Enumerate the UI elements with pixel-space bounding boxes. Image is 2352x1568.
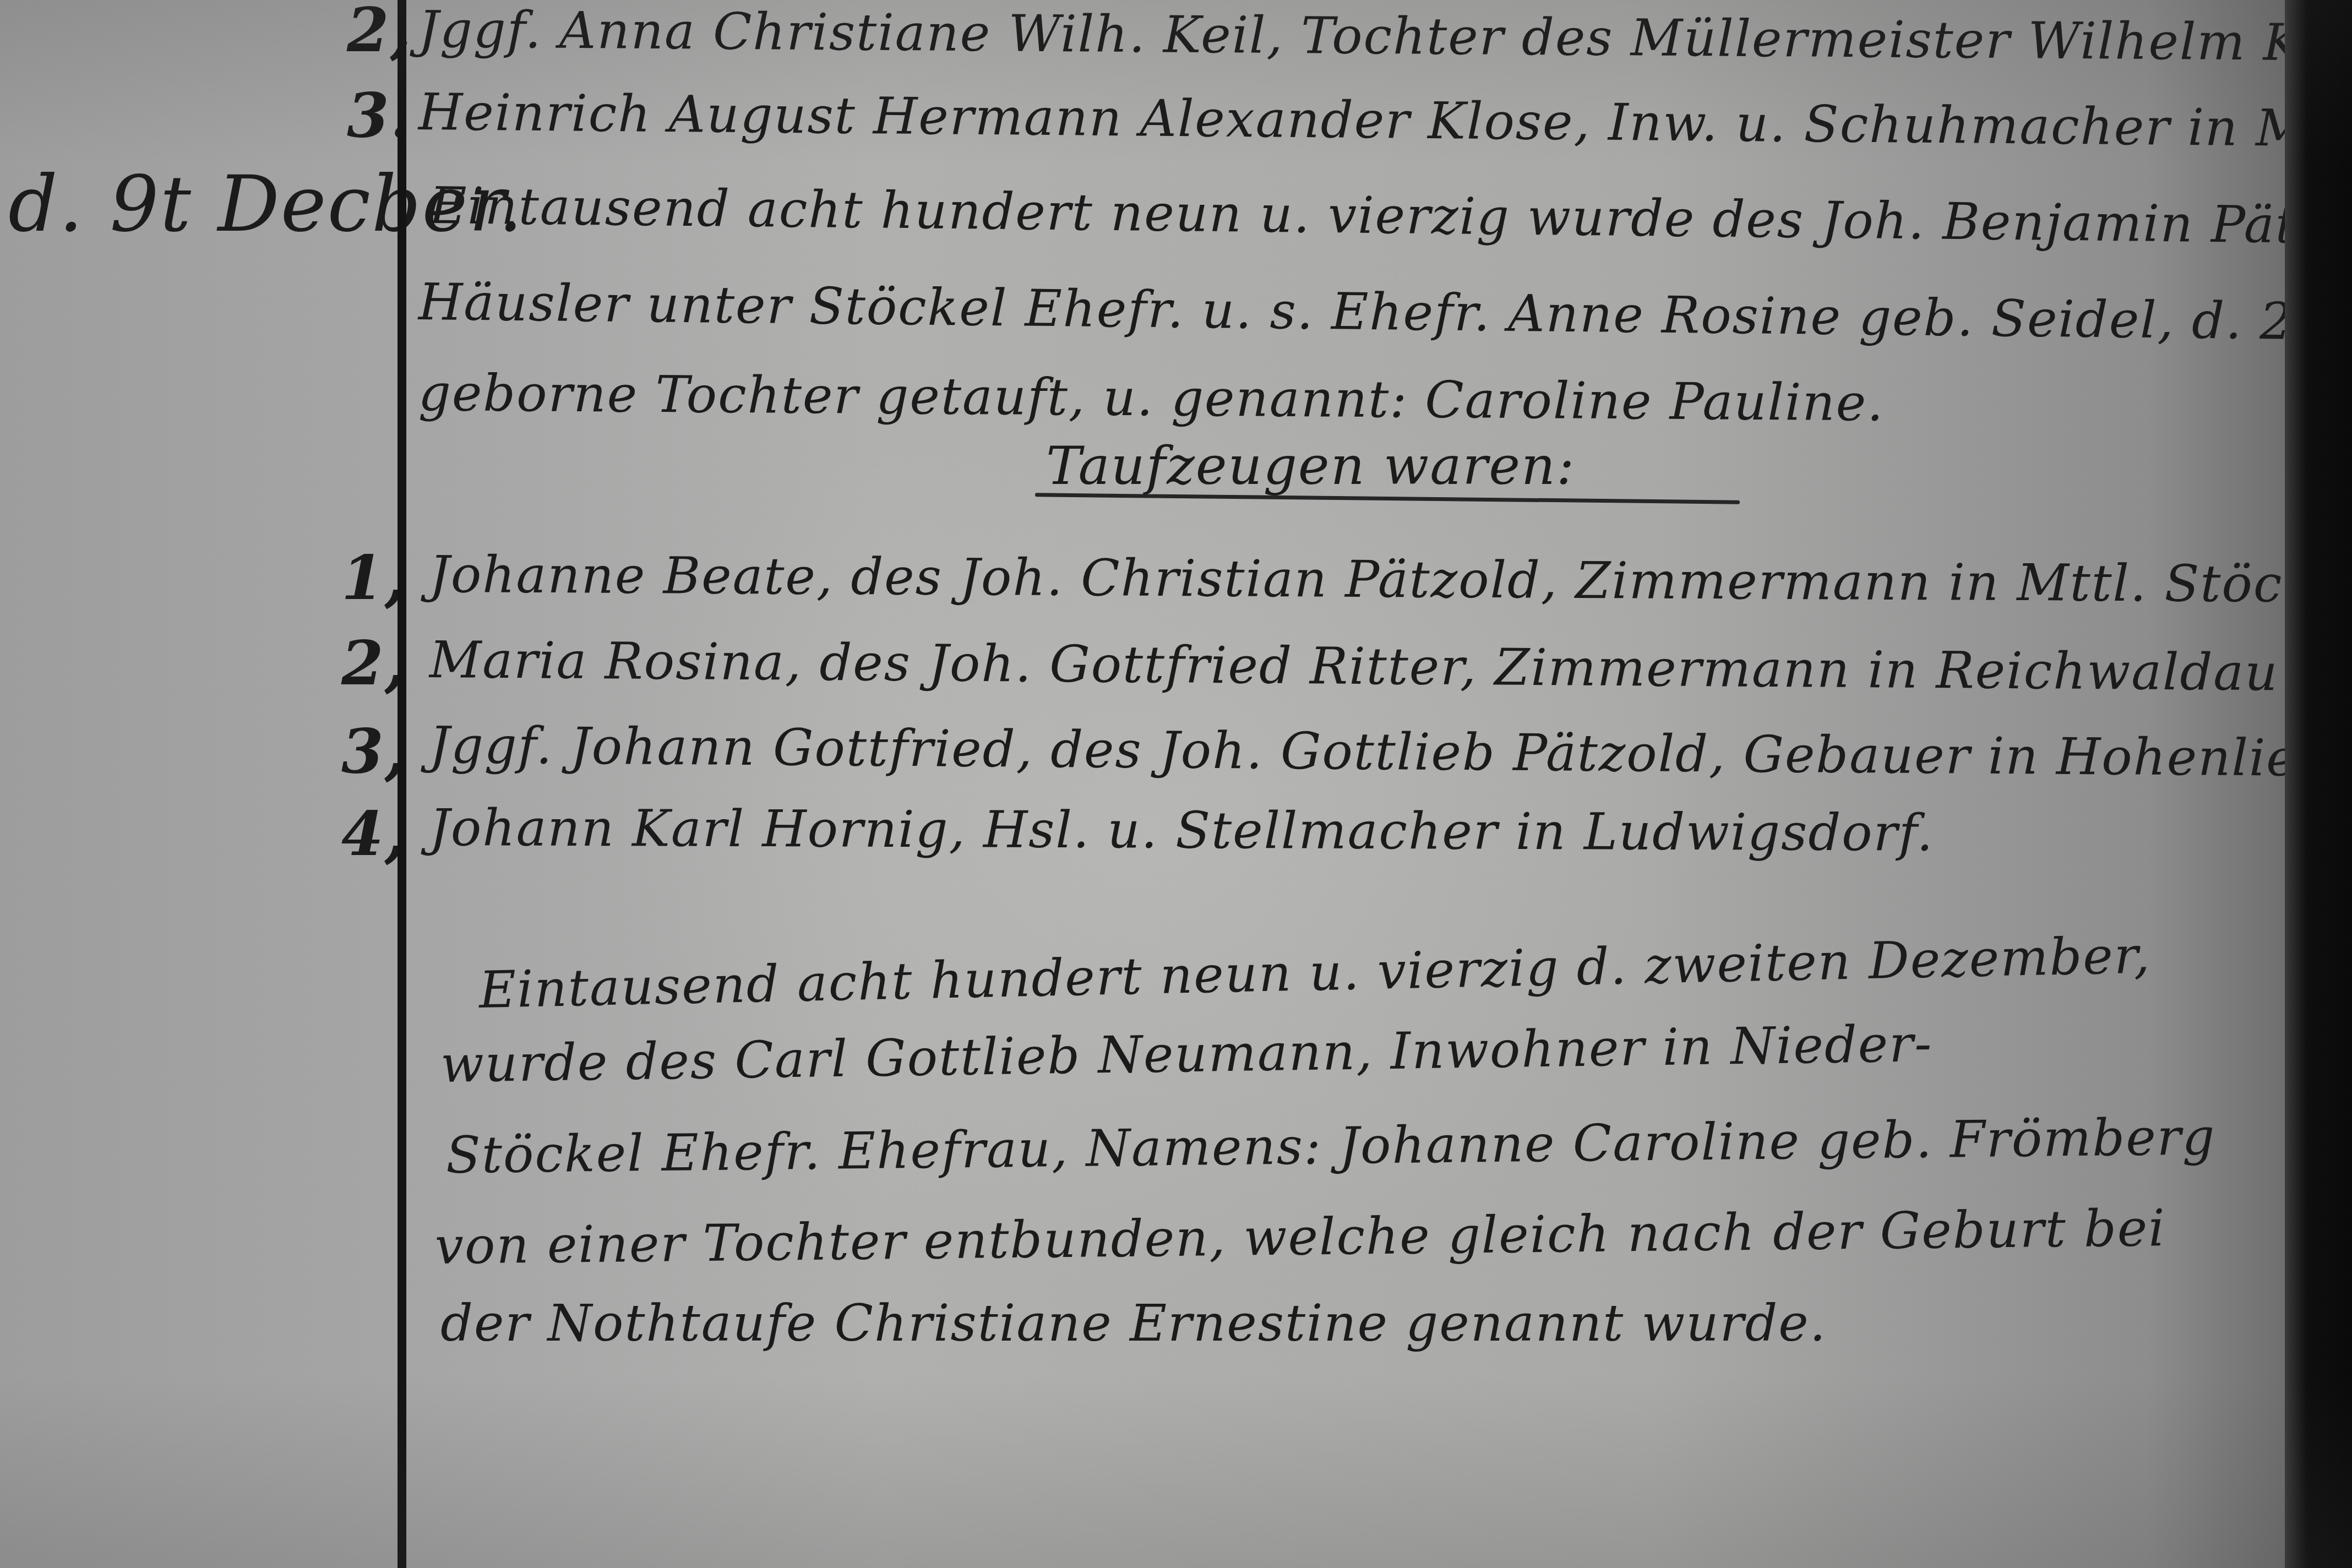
entry-line: Stöckel Ehefr. Ehefrau, Namens: Johanne … <box>445 1107 2216 1185</box>
entry-line: Eintausend acht hundert neun u. vierzig … <box>478 925 2152 1020</box>
margin-rule <box>398 0 406 1568</box>
entry-line: der Nothtaufe Christiane Ernestine genan… <box>440 1294 1827 1353</box>
entry-line: geborne Tochter getauft, u. genannt: Car… <box>418 363 1885 433</box>
godparent-line: Johanne Beate, des Joh. Christian Pätzol… <box>429 545 2352 615</box>
page-edge-shadow <box>2285 0 2352 1568</box>
entry-line: Eintausend acht hundert neun u. vierzig … <box>429 176 2352 256</box>
godparent-line: Jggf. Johann Gottfried, des Joh. Gottlie… <box>429 716 2352 791</box>
entry-line: wurde des Carl Gottlieb Neumann, Inwohne… <box>440 1014 1933 1094</box>
godparent-line: Johann Karl Hornig, Hsl. u. Stellmacher … <box>429 798 1934 863</box>
entry-line: von einer Tochter entbunden, welche glei… <box>434 1199 2166 1276</box>
godparent-line: Maria Rosina, des Joh. Gottfried Ritter,… <box>429 630 2352 704</box>
entry-line: Häusler unter Stöckel Ehefr. u. s. Ehefr… <box>418 273 2352 356</box>
continuation-line: Heinrich August Hermann Alexander Klose,… <box>418 83 2352 161</box>
register-page: 2, 3. d. 9t Decber. 1, 2, 3, 4, Jggf. An… <box>0 0 2352 1568</box>
godparents-heading: Taufzeugen waren: <box>1046 435 1575 497</box>
continuation-line: Jggf. Anna Christiane Wilh. Keil, Tochte… <box>418 0 2252 72</box>
